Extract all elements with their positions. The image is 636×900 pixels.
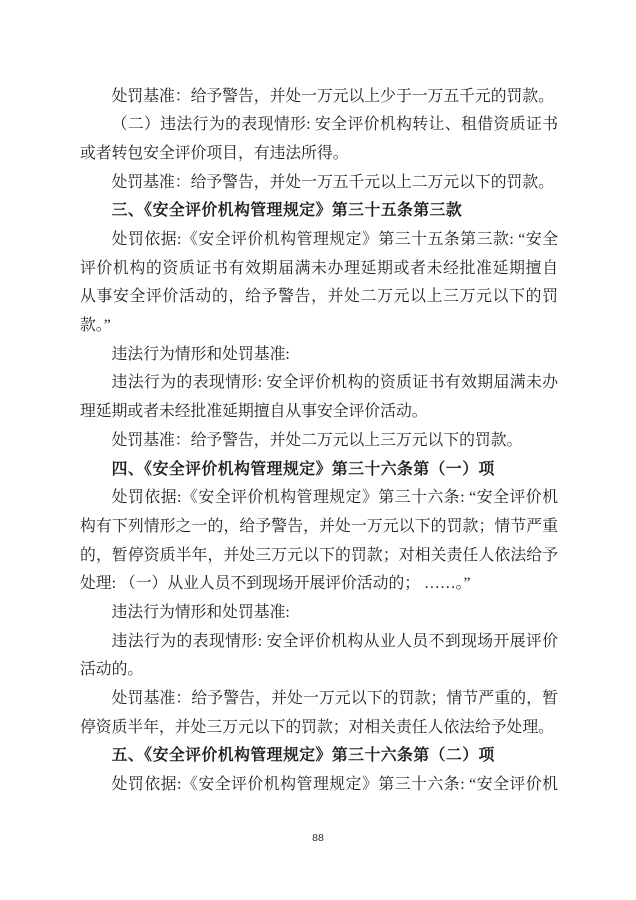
text-line: 违法行为情形和处罚基准: [80, 341, 558, 370]
text-line: 处理: （一）从业人员不到现场开展评价活动的； ……。” [80, 570, 558, 599]
text-line: 违法行为的表现情形: 安全评价机构的资质证书有效期届满未办 [80, 369, 558, 398]
text-line: 的，暂停资质半年，并处三万元以下的罚款；对相关责任人依法给予 [80, 542, 558, 571]
section-heading: 三、《安全评价机构管理规定》第三十五条第三款 [80, 197, 558, 226]
text-line: 评价机构的资质证书有效期届满未办理延期或者未经批准延期擅自 [80, 255, 558, 284]
text-line: 处罚基准：给予警告，并处二万元以上三万元以下的罚款。 [80, 427, 558, 456]
text-line: 理延期或者未经批准延期擅自从事安全评价活动。 [80, 398, 558, 427]
text-line: 处罚基准：给予警告，并处一万五千元以上二万元以下的罚款。 [80, 169, 558, 198]
text-line: 从事安全评价活动的，给予警告，并处二万元以上三万元以下的罚 [80, 283, 558, 312]
document-page: 处罚基准：给予警告，并处一万元以上少于一万五千元的罚款。（二）违法行为的表现情形… [0, 0, 636, 900]
text-line: 款。” [80, 312, 558, 341]
text-line: 构有下列情形之一的，给予警告，并处一万元以下的罚款；情节严重 [80, 513, 558, 542]
section-heading: 五、《安全评价机构管理规定》第三十六条第（二）项 [80, 742, 558, 771]
text-line: 停资质半年，并处三万元以下的罚款；对相关责任人依法给予处理。 [80, 714, 558, 743]
text-line: 处罚依据:《安全评价机构管理规定》第三十六条: “安全评价机 [80, 771, 558, 800]
text-line: 处罚基准：给予警告，并处一万元以下的罚款；情节严重的，暂 [80, 685, 558, 714]
text-line: 处罚依据:《安全评价机构管理规定》第三十五条第三款: “安全 [80, 226, 558, 255]
document-body: 处罚基准：给予警告，并处一万元以上少于一万五千元的罚款。（二）违法行为的表现情形… [80, 83, 558, 800]
text-line: 处罚基准：给予警告，并处一万元以上少于一万五千元的罚款。 [80, 83, 558, 112]
text-line: 违法行为情形和处罚基准: [80, 599, 558, 628]
text-line: （二）违法行为的表现情形: 安全评价机构转让、租借资质证书 [80, 111, 558, 140]
text-line: 处罚依据:《安全评价机构管理规定》第三十六条: “安全评价机 [80, 484, 558, 513]
page-number: 88 [0, 832, 636, 844]
text-line: 活动的。 [80, 656, 558, 685]
section-heading: 四、《安全评价机构管理规定》第三十六条第（一）项 [80, 456, 558, 485]
text-line: 或者转包安全评价项目，有违法所得。 [80, 140, 558, 169]
text-line: 违法行为的表现情形: 安全评价机构从业人员不到现场开展评价 [80, 628, 558, 657]
